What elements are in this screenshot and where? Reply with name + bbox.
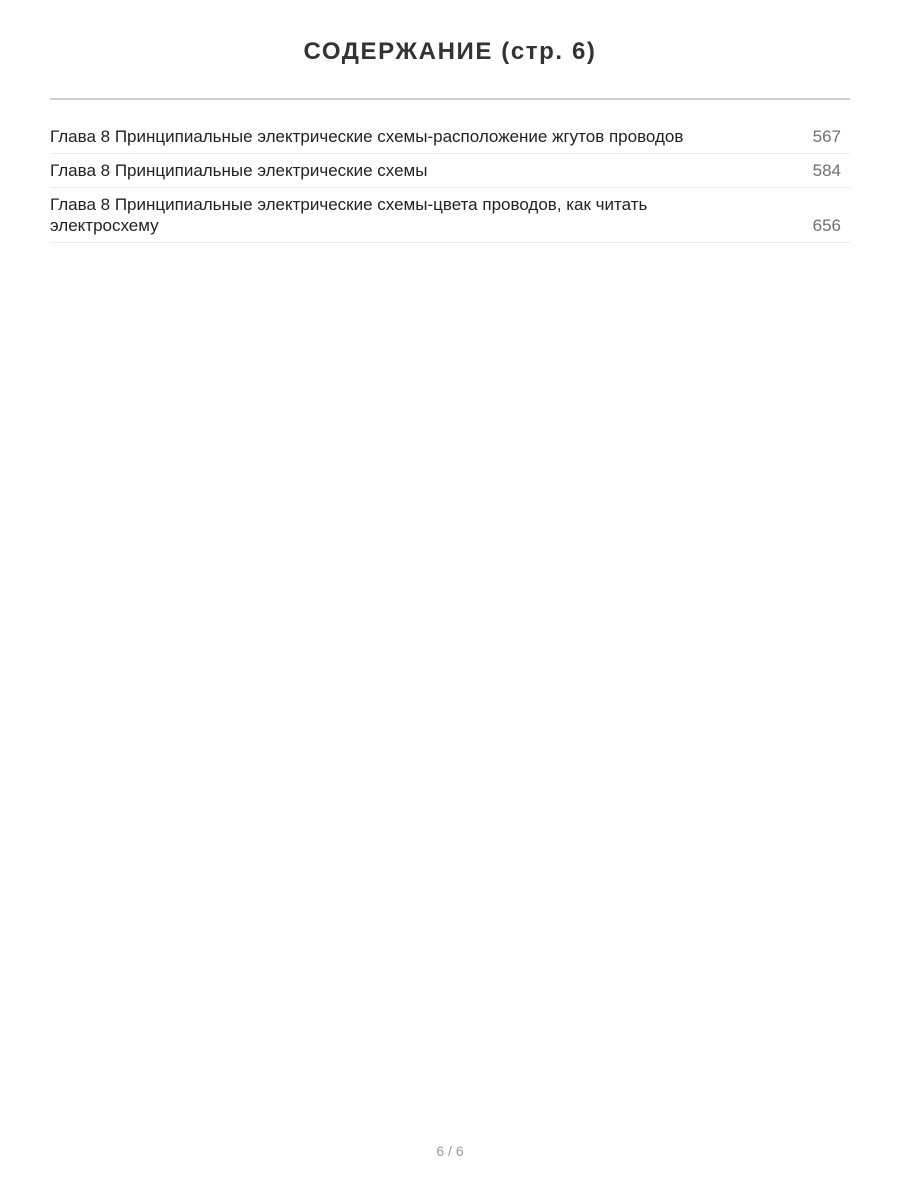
page-indicator: 6 / 6 bbox=[0, 1143, 900, 1159]
toc-entry-page-number: 656 bbox=[801, 215, 850, 236]
toc-entry[interactable]: Глава 8 Принципиальные электрические схе… bbox=[50, 154, 850, 188]
toc-entry[interactable]: Глава 8 Принципиальные электрические схе… bbox=[50, 188, 850, 243]
toc-entry[interactable]: Глава 8 Принципиальные электрические схе… bbox=[50, 120, 850, 154]
toc-entry-title[interactable]: Глава 8 Принципиальные электрические схе… bbox=[50, 126, 770, 147]
toc-entry-title[interactable]: Глава 8 Принципиальные электрические схе… bbox=[50, 194, 770, 236]
toc-entry-page-number: 584 bbox=[801, 160, 850, 181]
title-divider bbox=[50, 98, 850, 100]
toc-entry-title[interactable]: Глава 8 Принципиальные электрические схе… bbox=[50, 160, 770, 181]
page-title: СОДЕРЖАНИЕ (стр. 6) bbox=[0, 38, 900, 66]
toc-entry-page-number: 567 bbox=[801, 126, 850, 147]
table-of-contents: Глава 8 Принципиальные электрические схе… bbox=[50, 120, 850, 243]
